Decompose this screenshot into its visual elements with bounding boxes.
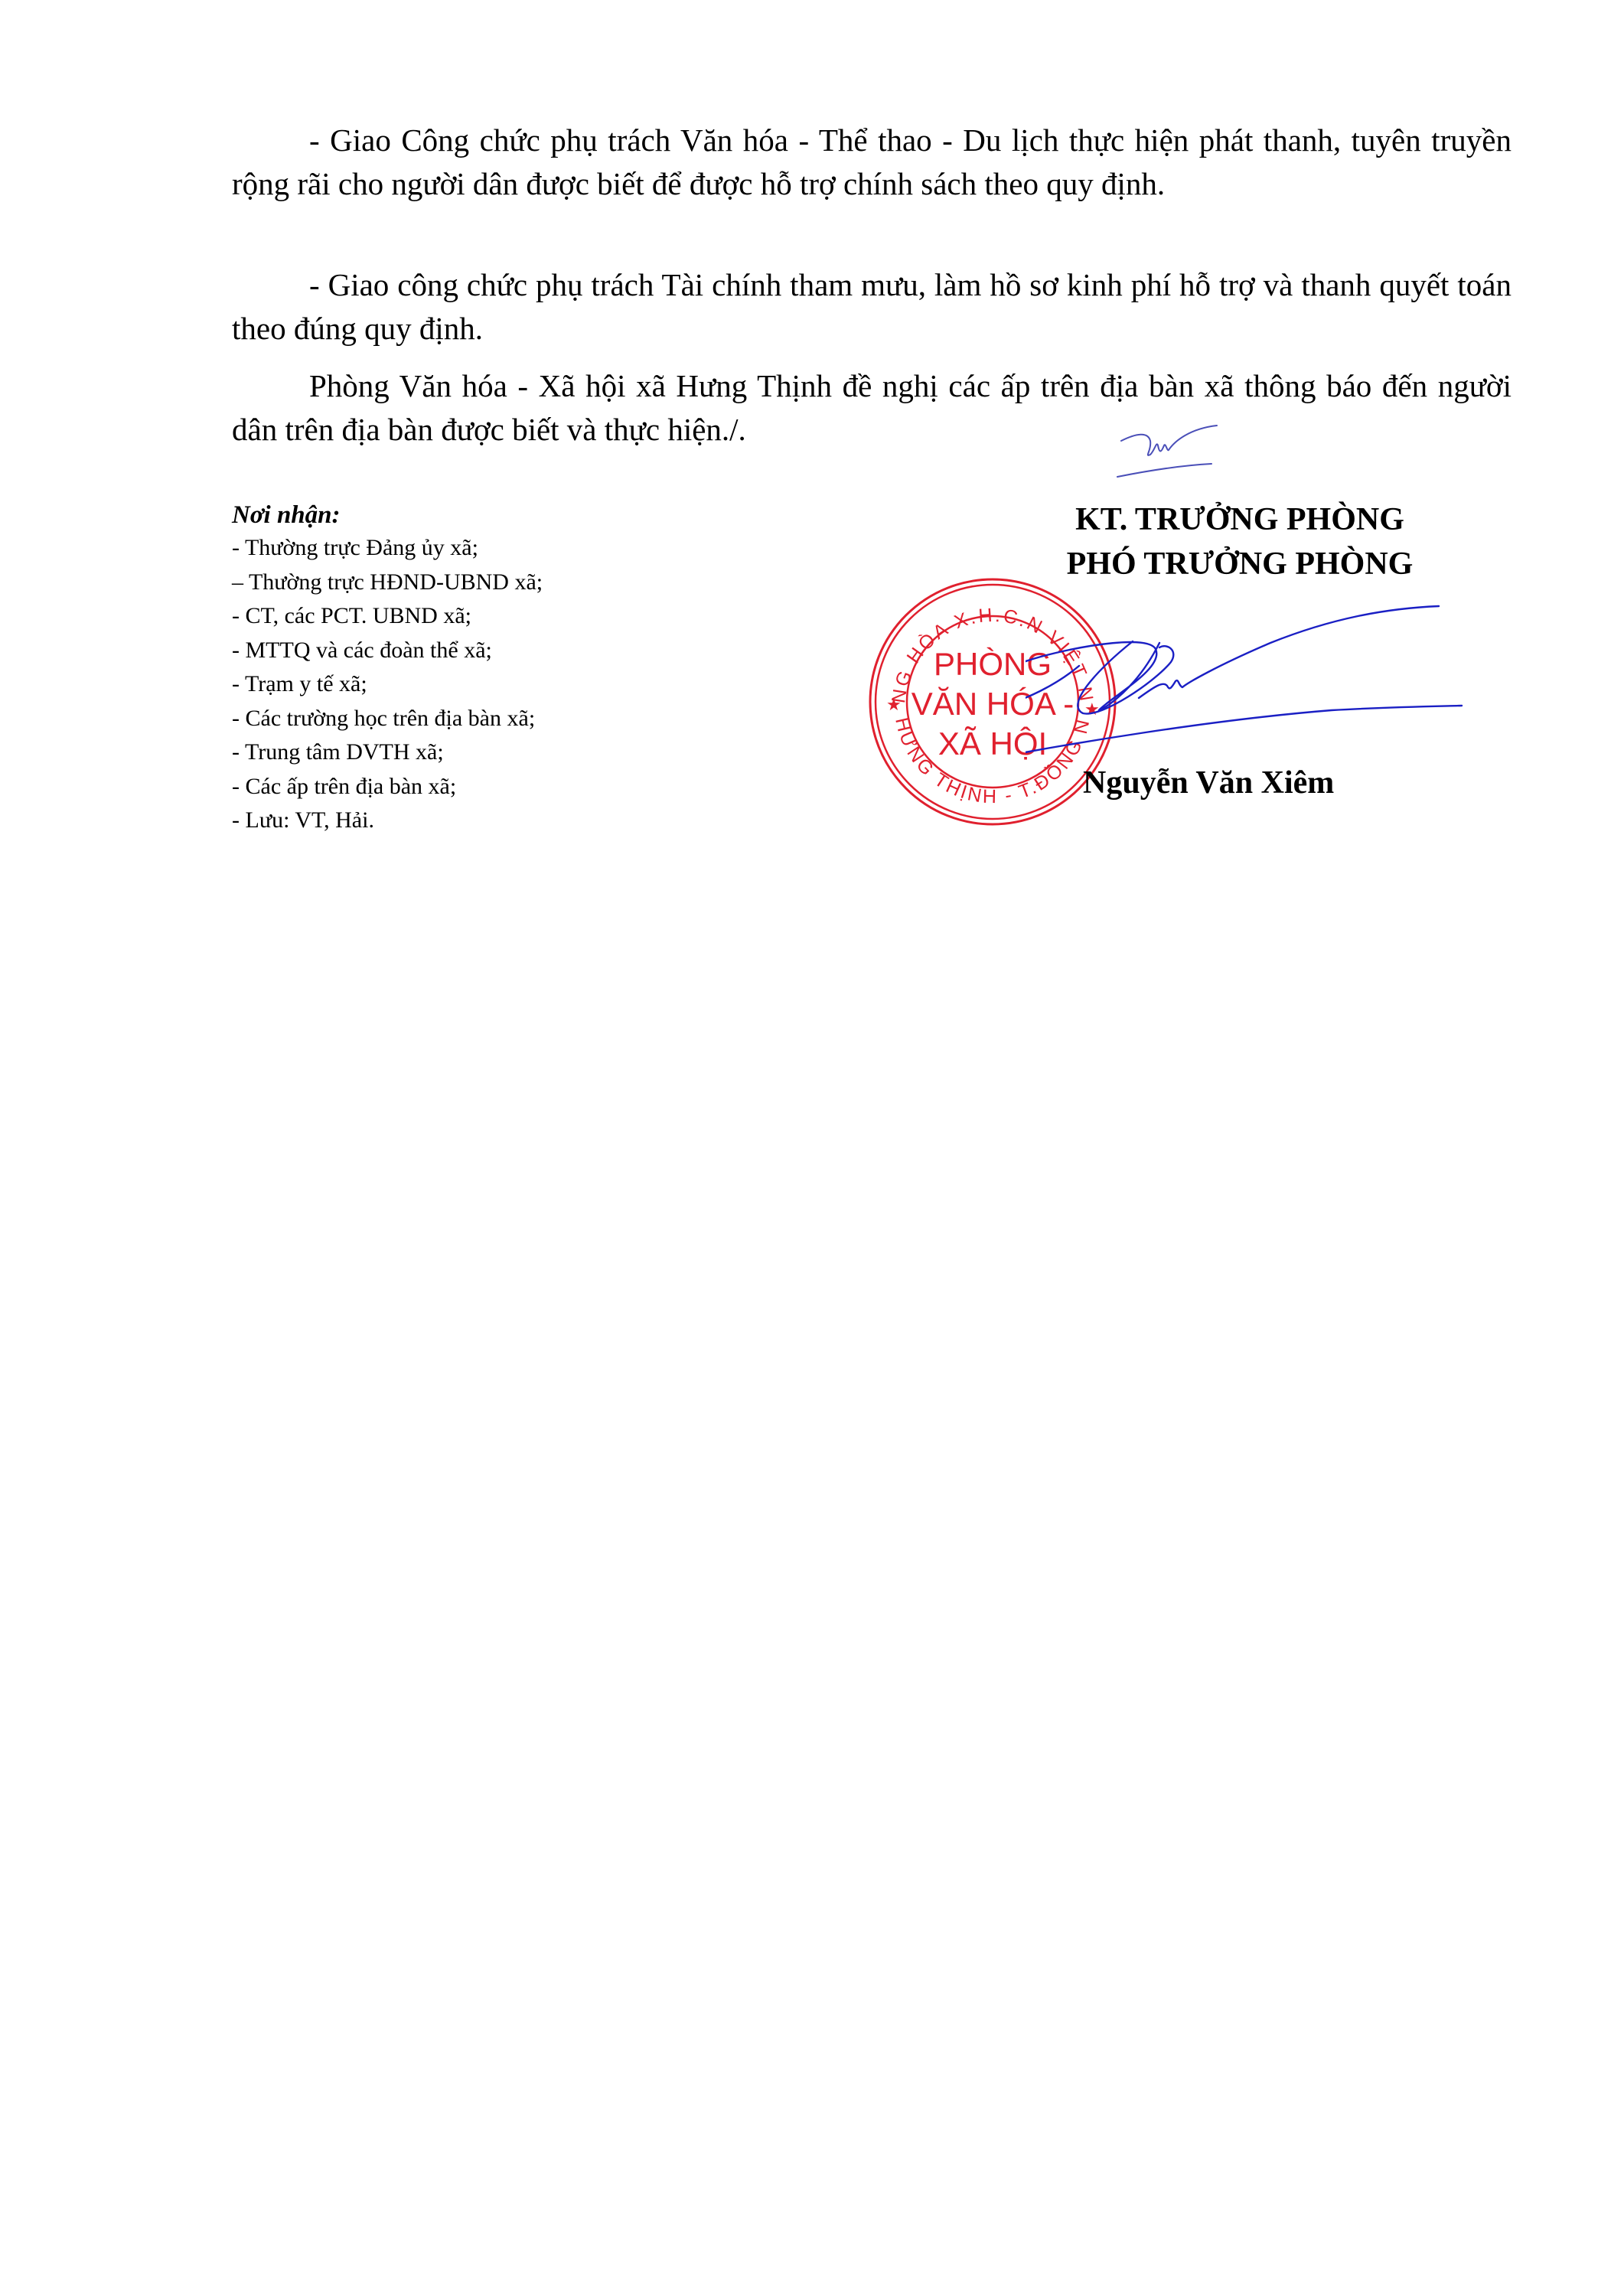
document-page: - Giao Công chức phụ trách Văn hóa - Thể… <box>0 0 1624 2296</box>
signature-title: KT. TRƯỞNG PHÒNG PHÓ TRƯỞNG PHÒNG <box>949 497 1531 586</box>
recipient-item: - Trạm y tế xã; <box>232 667 768 702</box>
handwritten-signature-icon <box>1026 589 1531 788</box>
paragraph-closing-request: Phòng Văn hóa - Xã hội xã Hưng Thịnh đề … <box>232 364 1511 452</box>
recipient-item: - Các trường học trên địa bàn xã; <box>232 702 768 736</box>
recipients-block: Nơi nhận: - Thường trực Đảng ủy xã; – Th… <box>232 499 768 838</box>
paragraph-culture-officer: - Giao Công chức phụ trách Văn hóa - Thể… <box>232 119 1511 206</box>
initials-signature-icon <box>1114 419 1228 481</box>
paragraph-finance-officer: - Giao công chức phụ trách Tài chính tha… <box>232 263 1511 351</box>
svg-text:★: ★ <box>886 695 902 714</box>
signer-name: Nguyễn Văn Xiêm <box>1083 764 1481 802</box>
recipient-item: – Thường trực HĐND-UBND xã; <box>232 566 768 600</box>
recipients-title: Nơi nhận: <box>232 499 768 531</box>
recipient-item: - Thường trực Đảng ủy xã; <box>232 531 768 566</box>
recipient-item: - Các ấp trên địa bàn xã; <box>232 770 768 804</box>
recipient-item: - Trung tâm DVTH xã; <box>232 735 768 770</box>
recipient-item: - Lưu: VT, Hải. <box>232 804 768 838</box>
recipient-item: - MTTQ và các đoàn thể xã; <box>232 634 768 668</box>
recipient-item: - CT, các PCT. UBND xã; <box>232 599 768 634</box>
signature-title-line1: KT. TRƯỞNG PHÒNG <box>949 497 1531 542</box>
